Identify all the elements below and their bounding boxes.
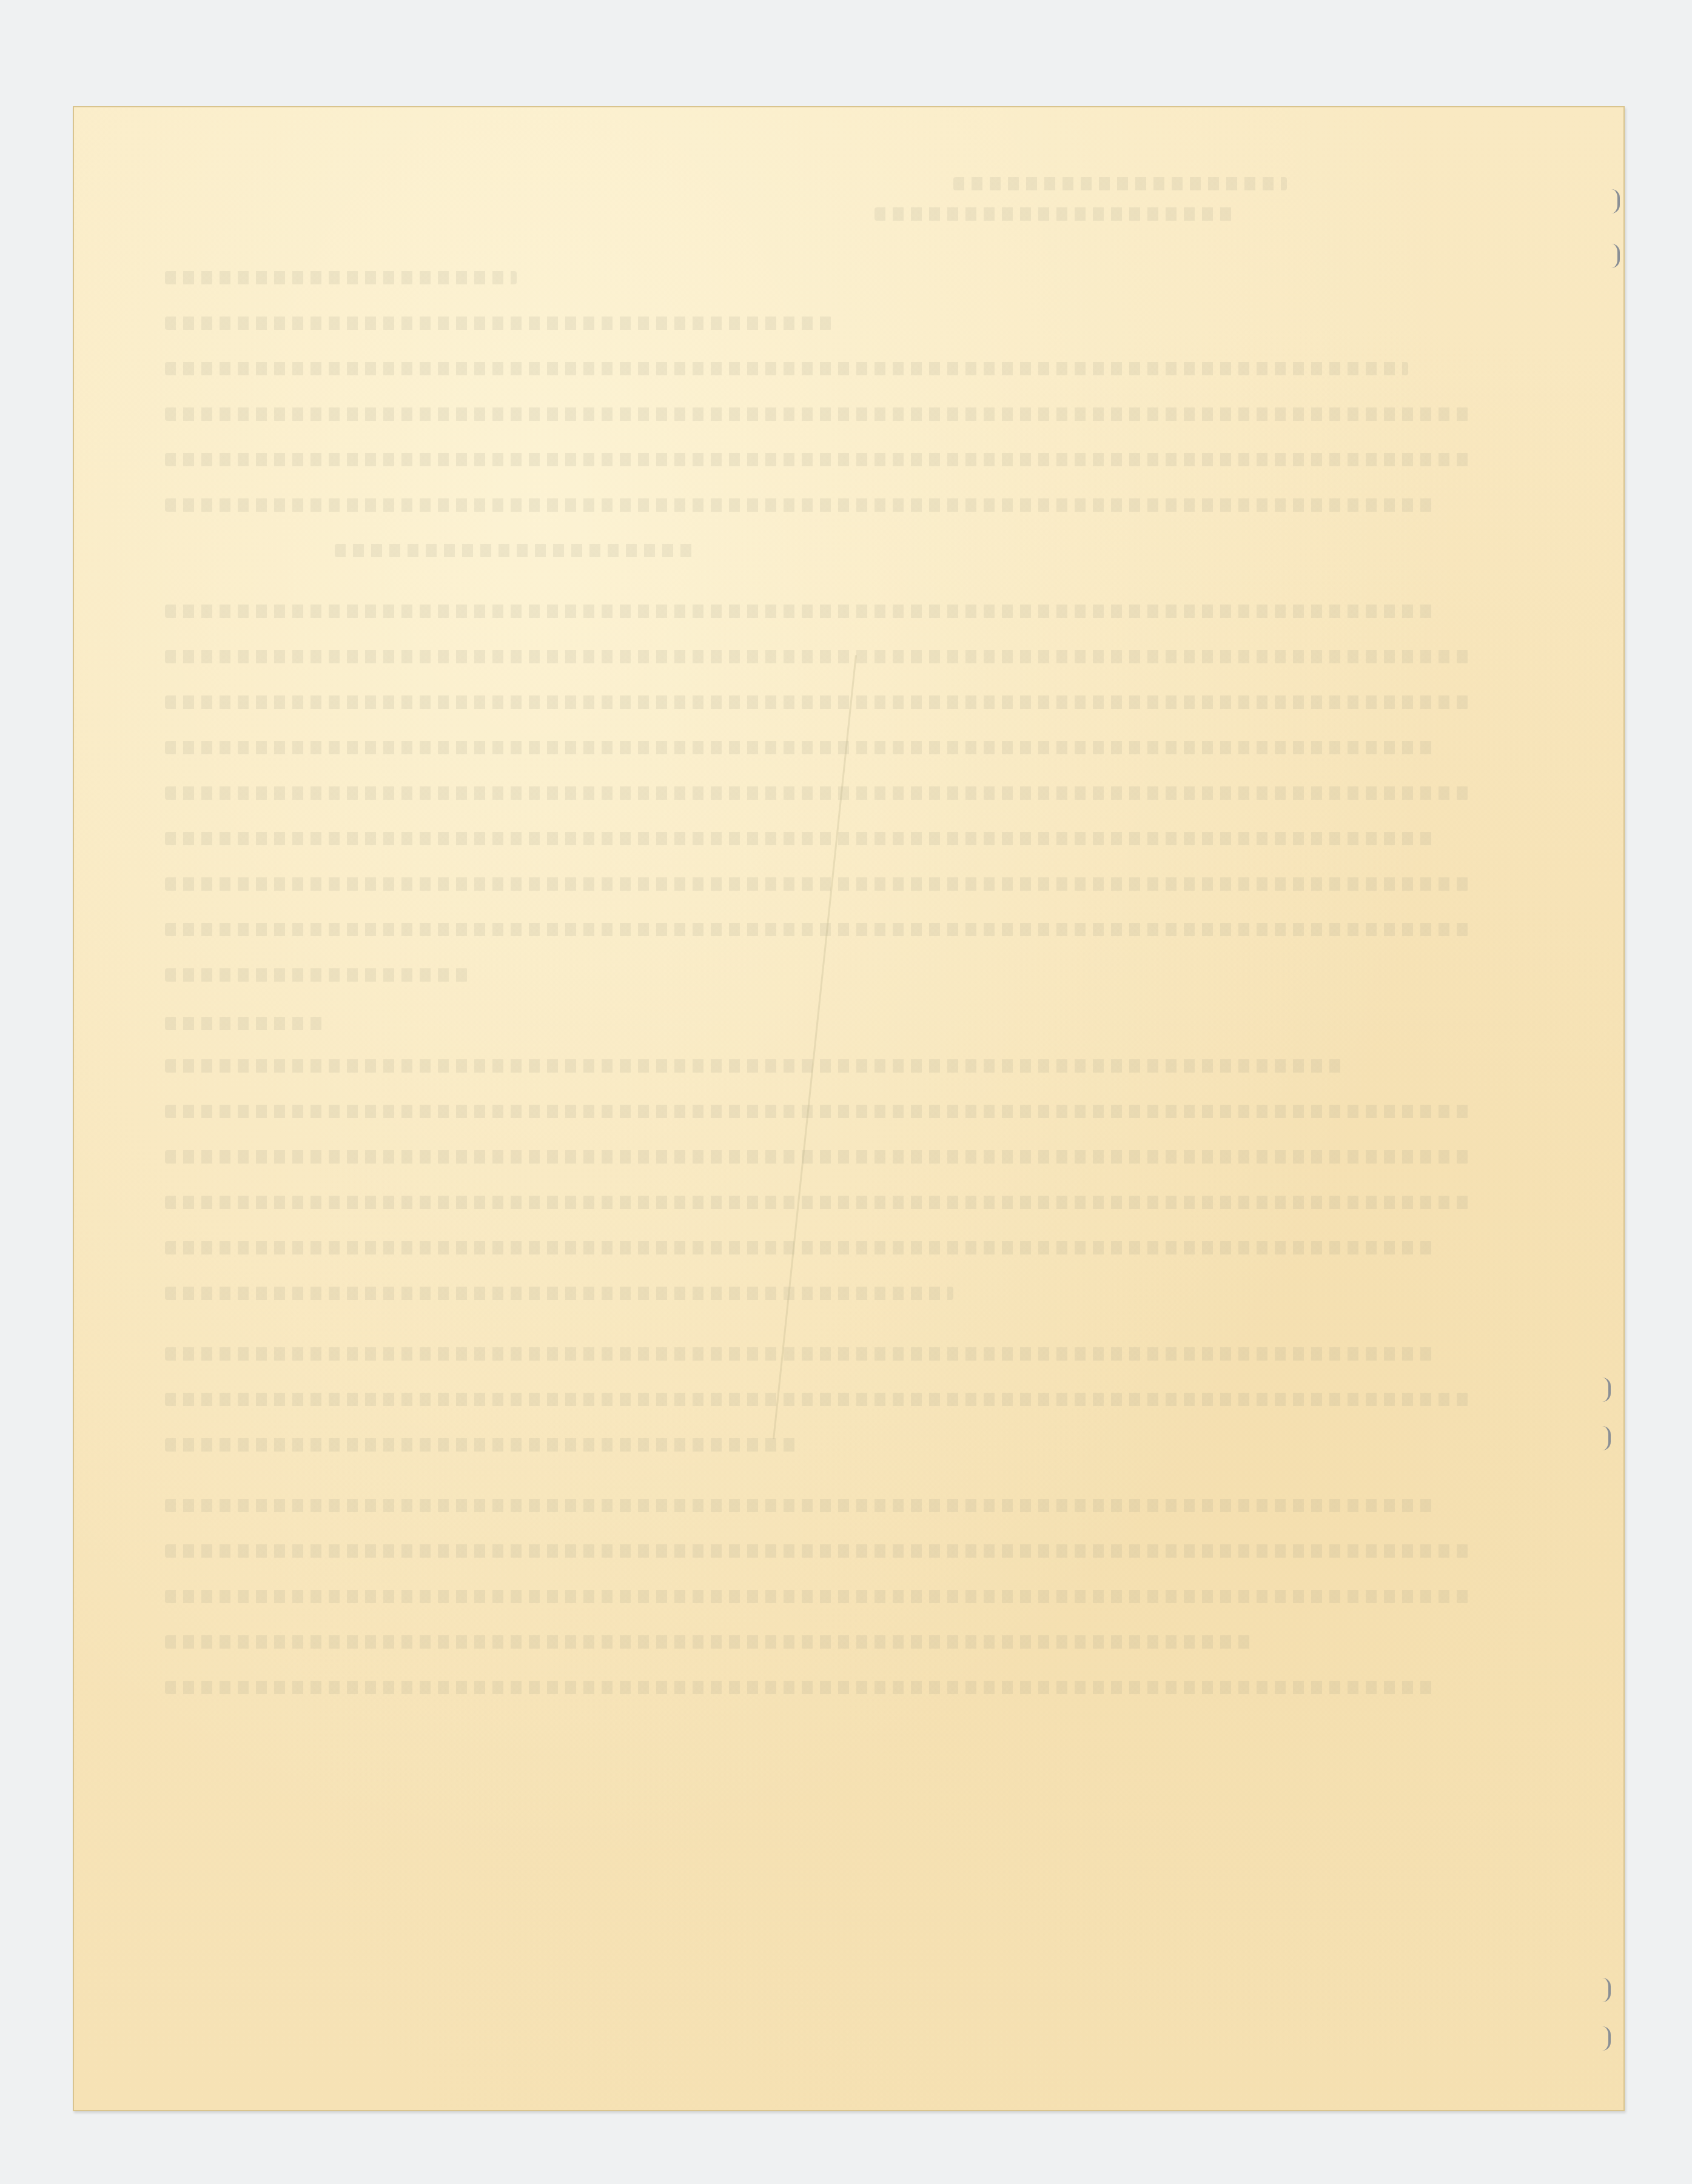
bleed-through-line — [165, 1393, 1469, 1406]
bleed-through-line — [335, 544, 699, 557]
paper-page — [73, 106, 1625, 2111]
bleed-through-line — [165, 1105, 1469, 1118]
bleed-through-line — [165, 362, 1408, 375]
bleed-through-line — [165, 1347, 1439, 1361]
bleed-through-line — [875, 207, 1238, 221]
bleed-through-line — [165, 832, 1439, 845]
bleed-through-line — [165, 923, 1469, 936]
bleed-through-line — [165, 786, 1469, 800]
bleed-through-line — [165, 1681, 1439, 1694]
bleed-through-line — [165, 1544, 1469, 1558]
bleed-through-line — [165, 1287, 953, 1300]
bleed-through-line — [165, 317, 832, 330]
bleed-through-line — [165, 695, 1469, 709]
bleed-through-line — [165, 968, 468, 982]
bleed-through-text — [74, 107, 1623, 2110]
bleed-through-line — [165, 407, 1469, 421]
bleed-through-line — [165, 605, 1439, 618]
bleed-through-line — [165, 1150, 1469, 1164]
bleed-through-line — [165, 650, 1469, 663]
bleed-through-line — [165, 498, 1439, 512]
bleed-through-line — [165, 741, 1439, 754]
bleed-through-line — [165, 1196, 1469, 1209]
bleed-through-line — [165, 1635, 1257, 1649]
bleed-through-line — [165, 1241, 1439, 1254]
bleed-through-line — [165, 1590, 1469, 1603]
bleed-through-line — [953, 177, 1287, 190]
bleed-through-line — [165, 1059, 1348, 1073]
bleed-through-line — [165, 271, 517, 284]
bleed-through-line — [165, 1499, 1439, 1512]
bleed-through-line — [165, 1017, 323, 1030]
bleed-through-line — [165, 877, 1469, 891]
bleed-through-line — [165, 1438, 802, 1452]
bleed-through-line — [165, 453, 1469, 466]
